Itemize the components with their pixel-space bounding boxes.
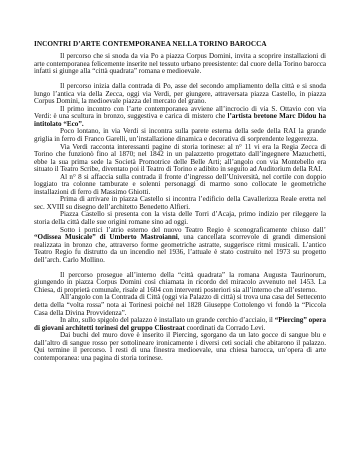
text: Il percorso inizia dalla contrada di Po,…: [34, 82, 326, 105]
document-body: Il percorso che si snoda da via Po a pia…: [34, 53, 326, 362]
text: Al n° 8 si affaccia sulla contrada il fr…: [34, 173, 326, 196]
paragraph: Al n° 8 si affaccia sulla contrada il fr…: [34, 174, 326, 197]
text: Il percorso che si snoda da via Po a pia…: [34, 52, 326, 75]
text: Piazza Castello si presenta con la vista…: [34, 210, 326, 226]
document-title: INCONTRI D’ARTE CONTEMPORANEA NELLA TORI…: [34, 41, 326, 49]
paragraph: Il primo incontro con l’arte contemporan…: [34, 106, 326, 129]
text: Prima di arrivare in piazza Castello si …: [34, 195, 326, 211]
paragraph: Dai buchi del muro dove è inserito il Pi…: [34, 332, 326, 362]
paragraph: All’angolo con la Contrada di Città (ogg…: [34, 294, 326, 317]
paragraph: Prima di arrivare in piazza Castello si …: [34, 196, 326, 211]
paragraph: Il percorso prosegue all’interno della “…: [34, 272, 326, 295]
paragraph: Il percorso inizia dalla contrada di Po,…: [34, 83, 326, 106]
text: Poco lontano, in via Verdi si incontra s…: [34, 127, 326, 143]
text: Il percorso prosegue all’interno della “…: [34, 271, 326, 294]
paragraph: In alto, sullo spigolo del palazzo è ins…: [34, 317, 326, 332]
paragraph: Poco lontano, in via Verdi si incontra s…: [34, 128, 326, 143]
text: Via Verdi racconta interessanti pagine d…: [34, 143, 326, 174]
paragraph: Via Verdi racconta interessanti pagine d…: [34, 144, 326, 174]
text: Dai buchi del muro dove è inserito il Pi…: [34, 331, 326, 362]
paragraph: Piazza Castello si presenta con la vista…: [34, 211, 326, 226]
paragraph: Il percorso che si snoda da via Po a pia…: [34, 53, 326, 76]
text: All’angolo con la Contrada di Città (ogg…: [34, 293, 326, 316]
paragraph: Sotto i portici l’atrio esterno del nuov…: [34, 227, 326, 265]
document-page: INCONTRI D’ARTE CONTEMPORANEA NELLA TORI…: [34, 41, 326, 362]
